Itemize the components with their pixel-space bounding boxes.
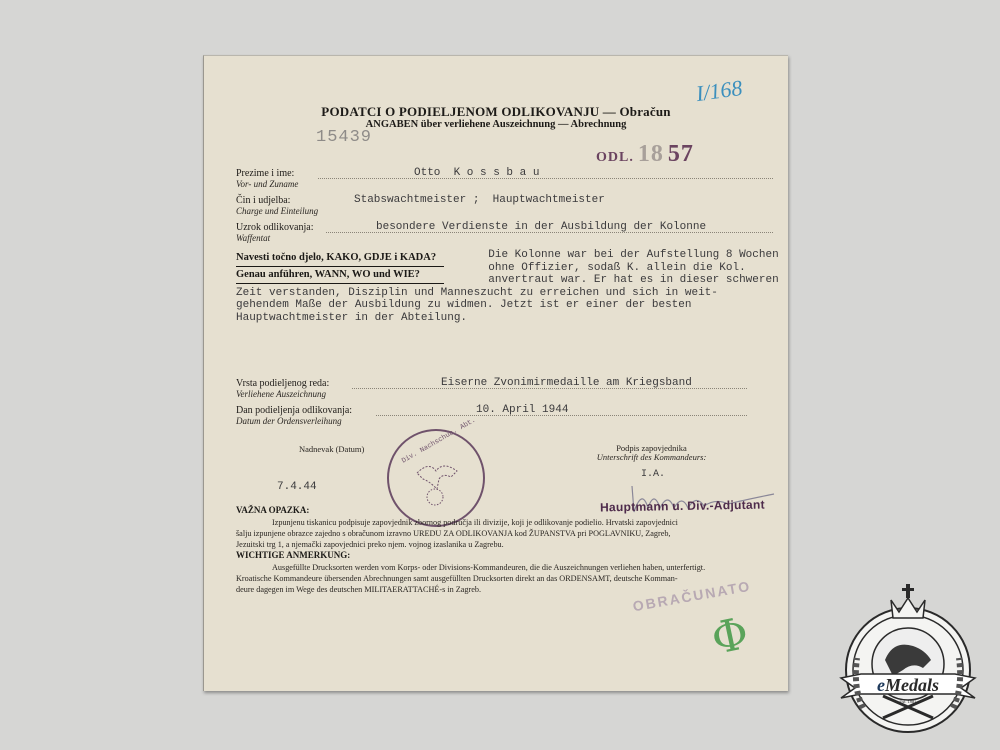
narrative-line: anvertraut war. Er hat es in dieser schw… (244, 274, 789, 287)
date-value: 7.4.44 (277, 481, 317, 493)
note-de-heading: WICHTIGE ANMERKUNG: (236, 550, 350, 560)
note-line: Izpunjenu tiskanicu podpisuje zapovjedni… (236, 517, 761, 528)
svg-text:eMedals: eMedals (877, 675, 939, 695)
field-name: Prezime i ime: Vor- und Zuname Otto K o … (236, 168, 756, 189)
field-award-date: Dan podieljenja odlikovanja: Datum der O… (236, 405, 756, 426)
field-value: besondere Verdienste in der Ausbildung d… (376, 221, 706, 233)
emedals-watermark-logo: eMedals Est. 1981 (833, 578, 983, 738)
odl-number-faint: 18 (638, 141, 664, 167)
rank-stamp: Hauptmann u. Div.-Adjutant (600, 498, 765, 515)
note-line: Jezuitski trg 1, a njemački zapovjednici… (236, 539, 761, 550)
round-stamp: Div. Nachschub. Abt. (387, 429, 485, 527)
field-value: Stabswachtmeister ; Hauptwachtmeister (354, 194, 605, 206)
field-award: Vrsta podieljenog reda: Verliehene Ausze… (236, 378, 756, 399)
emedals-badge-icon: eMedals Est. 1981 (833, 578, 983, 738)
narrative-line: gehendem Maße der Ausbildung zu widmen. … (236, 299, 789, 312)
date-label: Nadnevak (Datum) (299, 444, 364, 455)
narrative-line: ohne Offizier, sodaß K. allein die Kol. (244, 262, 789, 275)
narrative-line: Zeit verstanden, Disziplin und Manneszuc… (236, 287, 789, 300)
note-line: Kroatische Kommandeure übersenden Abrech… (236, 573, 761, 584)
document-sheet: PODATCI O PODIELJENOM ODLIKOVANJU — Obra… (203, 55, 788, 691)
eagle-icon (389, 431, 483, 525)
odl-prefix: ODL. (596, 150, 634, 165)
field-label-de: Verliehene Auszeichnung (236, 389, 756, 399)
narrative-text: Die Kolonne war bei der Aufstellung 8 Wo… (244, 249, 789, 324)
odl-stamp: ODL.1857 (596, 141, 694, 168)
field-label-de: Charge und Einteilung (236, 206, 756, 216)
field-label-de: Waffentat (236, 233, 756, 243)
narrative-line: Die Kolonne war bei der Aufstellung 8 Wo… (244, 249, 789, 262)
note-hr-heading: VAŽNA OPAZKA: (236, 505, 309, 515)
signature-label-de: Unterschrift des Kommandeurs: (589, 453, 714, 462)
note-line: Ausgefüllte Drucksorten werden vom Korps… (236, 562, 761, 573)
note-hr-text: Izpunjenu tiskanicu podpisuje zapovjedni… (236, 517, 761, 550)
odl-number: 57 (668, 141, 694, 167)
green-check-mark: Φ (707, 608, 753, 665)
pencil-note: I/168 (694, 75, 744, 107)
narrative-line: Hauptwachtmeister in der Abteilung. (236, 312, 789, 325)
field-reason: Uzrok odlikovanja: Waffentat besondere V… (236, 222, 756, 243)
dotted-line (318, 178, 773, 179)
field-rank: Čin i udjelba: Charge und Einteilung Sta… (236, 195, 756, 216)
title-german: ANGABEN über verliehene Auszeichnung — A… (204, 119, 788, 130)
field-value: Otto K o s s b a u (414, 167, 539, 179)
note-line: šalju izpunjene obrazce zajedno s obraču… (236, 528, 761, 539)
stamp-number: 15439 (316, 128, 372, 147)
signature-label: Podpis zapovjednika Unterschrift des Kom… (589, 444, 714, 462)
field-value: Eiserne Zvonimirmedaille am Kriegsband (441, 377, 692, 389)
field-label-de: Datum der Ordensverleihung (236, 416, 756, 426)
field-value: 10. April 1944 (476, 404, 568, 416)
field-label-de: Vor- und Zuname (236, 179, 756, 189)
